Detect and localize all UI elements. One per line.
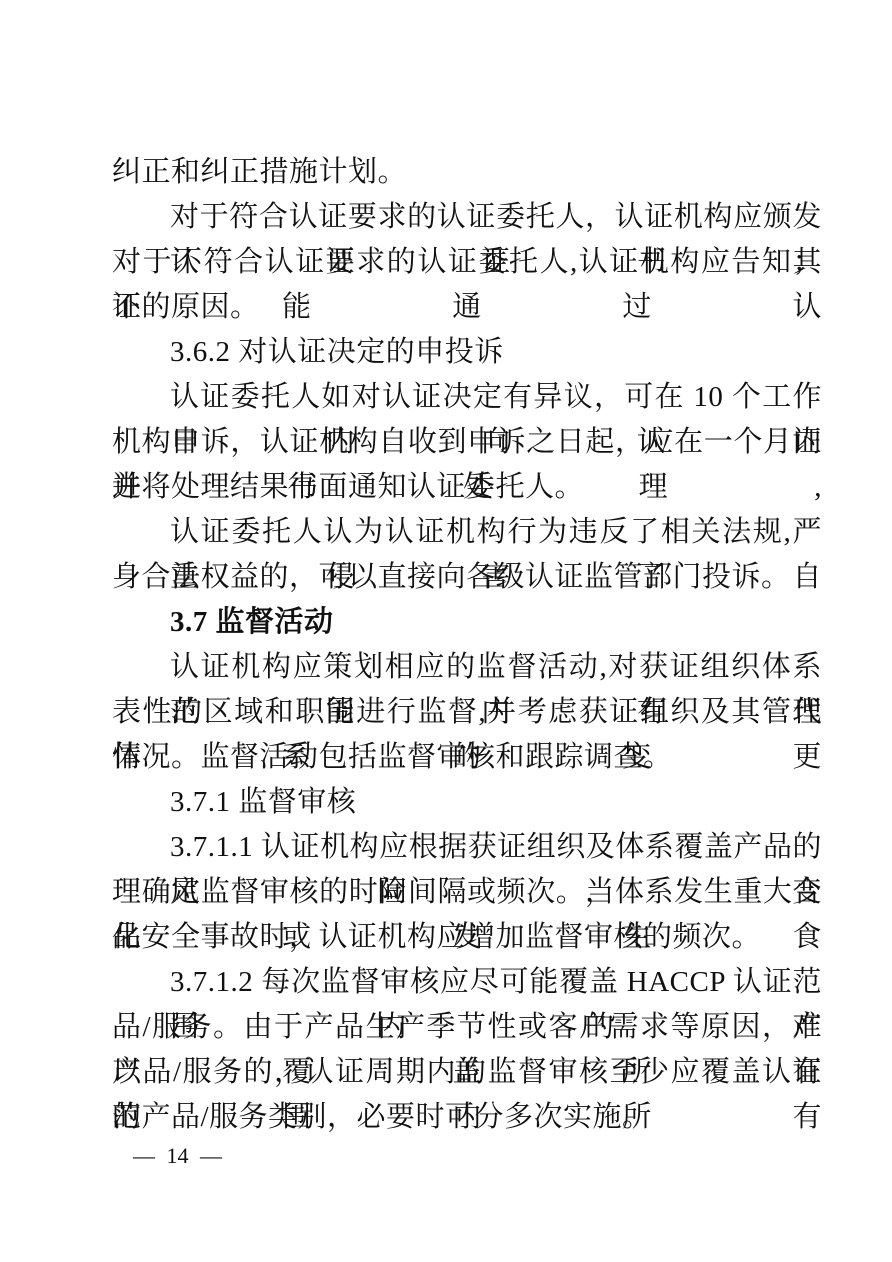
paragraph-line: 品安全事故时，认证机构应增加监督审核的频次。 xyxy=(112,915,822,960)
paragraph-line: 3.7.1.2 每次监督审核应尽可能覆盖 HACCP 认证范围内的产 xyxy=(112,960,822,1005)
paragraph-line: 产品/服务的，认证周期内的监督审核至少应覆盖认证范围内所有 xyxy=(112,1050,822,1095)
paragraph-line: 对于不符合认证要求的认证委托人,认证机构应告知其不能通过认 xyxy=(112,240,822,285)
paragraph-line: 纠正和纠正措施计划。 xyxy=(112,150,822,195)
paragraph-line: 认证机构应策划相应的监督活动,对获证组织体系范围内有代 xyxy=(112,645,822,690)
paragraph-line: 身合法权益的，可以直接向各级认证监管部门投诉。 xyxy=(112,555,822,600)
paragraph-line: 机构申诉，认证机构自收到申诉之日起，应在一个月内进行处理, xyxy=(112,420,822,465)
paragraph-line: 对于符合认证要求的认证委托人，认证机构应颁发认证证书； xyxy=(112,195,822,240)
document-page: 纠正和纠正措施计划。 对于符合认证要求的认证委托人，认证机构应颁发认证证书； 对… xyxy=(0,0,892,1262)
document-body: 纠正和纠正措施计划。 对于符合认证要求的认证委托人，认证机构应颁发认证证书； 对… xyxy=(112,150,822,1140)
paragraph-line: 表性的区域和职能进行监督,并考虑获证组织及其管理体系的变更 xyxy=(112,690,822,735)
page-number: — 14 — xyxy=(133,1141,222,1171)
heading-3-7-1: 3.7.1 监督审核 xyxy=(112,780,822,825)
paragraph-line: 品/服务。由于产品生产季节性或客户需求等原因，难以覆盖所有 xyxy=(112,1005,822,1050)
heading-3-6-2: 3.6.2 对认证决定的申投诉 xyxy=(112,330,822,375)
heading-3-7: 3.7 监督活动 xyxy=(112,600,822,645)
paragraph-line: 理确定监督审核的时间间隔或频次。当体系发生重大变化或发生食 xyxy=(112,870,822,915)
paragraph-line: 3.7.1.1 认证机构应根据获证组织及体系覆盖产品的风险，合 xyxy=(112,825,822,870)
paragraph-line: 认证委托人如对认证决定有异议，可在 10 个工作日内向认证 xyxy=(112,375,822,420)
paragraph-line: 认证委托人认为认证机构行为违反了相关法规,严重侵害了自 xyxy=(112,510,822,555)
